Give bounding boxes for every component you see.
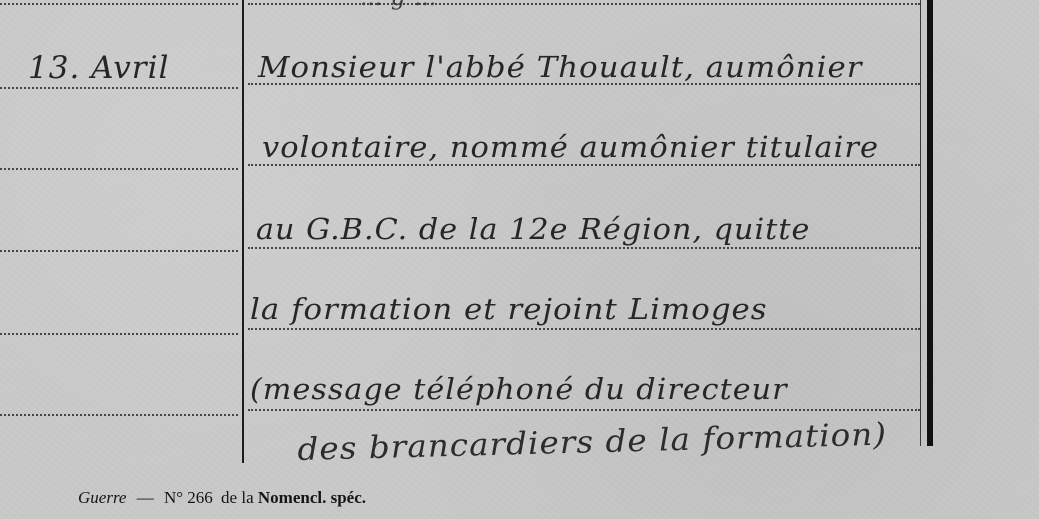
ruled-line [248, 328, 920, 330]
entry-line-4: la formation et rejoint Limoges [250, 292, 768, 326]
form-footer: Guerre — N° 266 de la Nomencl. spéc. [78, 488, 366, 508]
ruled-line [0, 333, 238, 335]
footer-suffix: de la [221, 488, 254, 507]
footer-nomenclature: Nomencl. spéc. [258, 488, 366, 507]
ruled-line [248, 247, 920, 249]
entry-line-1: Monsieur l'abbé Thouault, aumônier [258, 50, 863, 84]
ruled-line [248, 164, 920, 166]
ruled-line [0, 3, 238, 5]
footer-guerre: Guerre [78, 488, 126, 507]
ruled-line [248, 409, 920, 411]
footer-dash: — [137, 488, 154, 507]
margin-rule-thick [927, 0, 933, 446]
entry-line-6: des brancardiers de la formation) [297, 417, 887, 468]
document-page: 13. Avril … g … Monsieur l'abbé Thouault… [0, 0, 1039, 519]
ruled-line [0, 414, 238, 416]
ruled-line [0, 168, 238, 170]
ruled-line [0, 87, 238, 89]
entry-line-2: volontaire, nommé aumônier titulaire [262, 130, 879, 164]
margin-rule-thin [920, 0, 921, 446]
entry-line-5: (message téléphoné du directeur [250, 372, 788, 406]
footer-number: N° 266 [164, 488, 213, 507]
previous-entry-fragment: … g … [360, 0, 437, 11]
date-entry: 13. Avril [28, 50, 169, 86]
entry-line-3: au G.B.C. de la 12e Région, quitte [256, 212, 810, 246]
column-divider [242, 0, 244, 463]
ruled-line [248, 3, 920, 5]
ruled-line [0, 250, 238, 252]
